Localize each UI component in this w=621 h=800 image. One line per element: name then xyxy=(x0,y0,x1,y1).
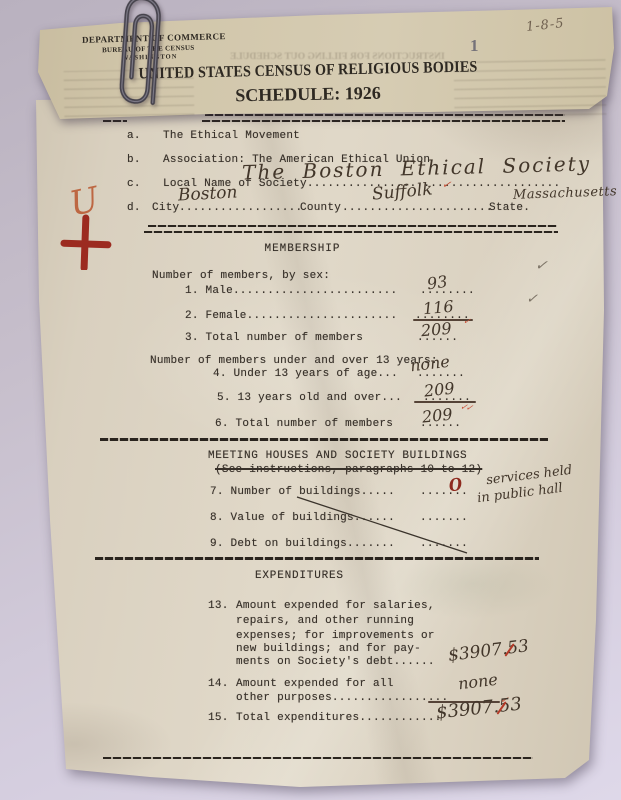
page-number-stamp: 1 xyxy=(470,36,479,56)
instruction-strip-shadow xyxy=(0,0,621,800)
corner-pencil-note: 1-8-5 xyxy=(525,16,565,35)
instruction-strip xyxy=(0,0,621,800)
paperclip xyxy=(112,0,174,118)
photo-background: a. The Ethical Movement b. Association: … xyxy=(0,0,621,800)
